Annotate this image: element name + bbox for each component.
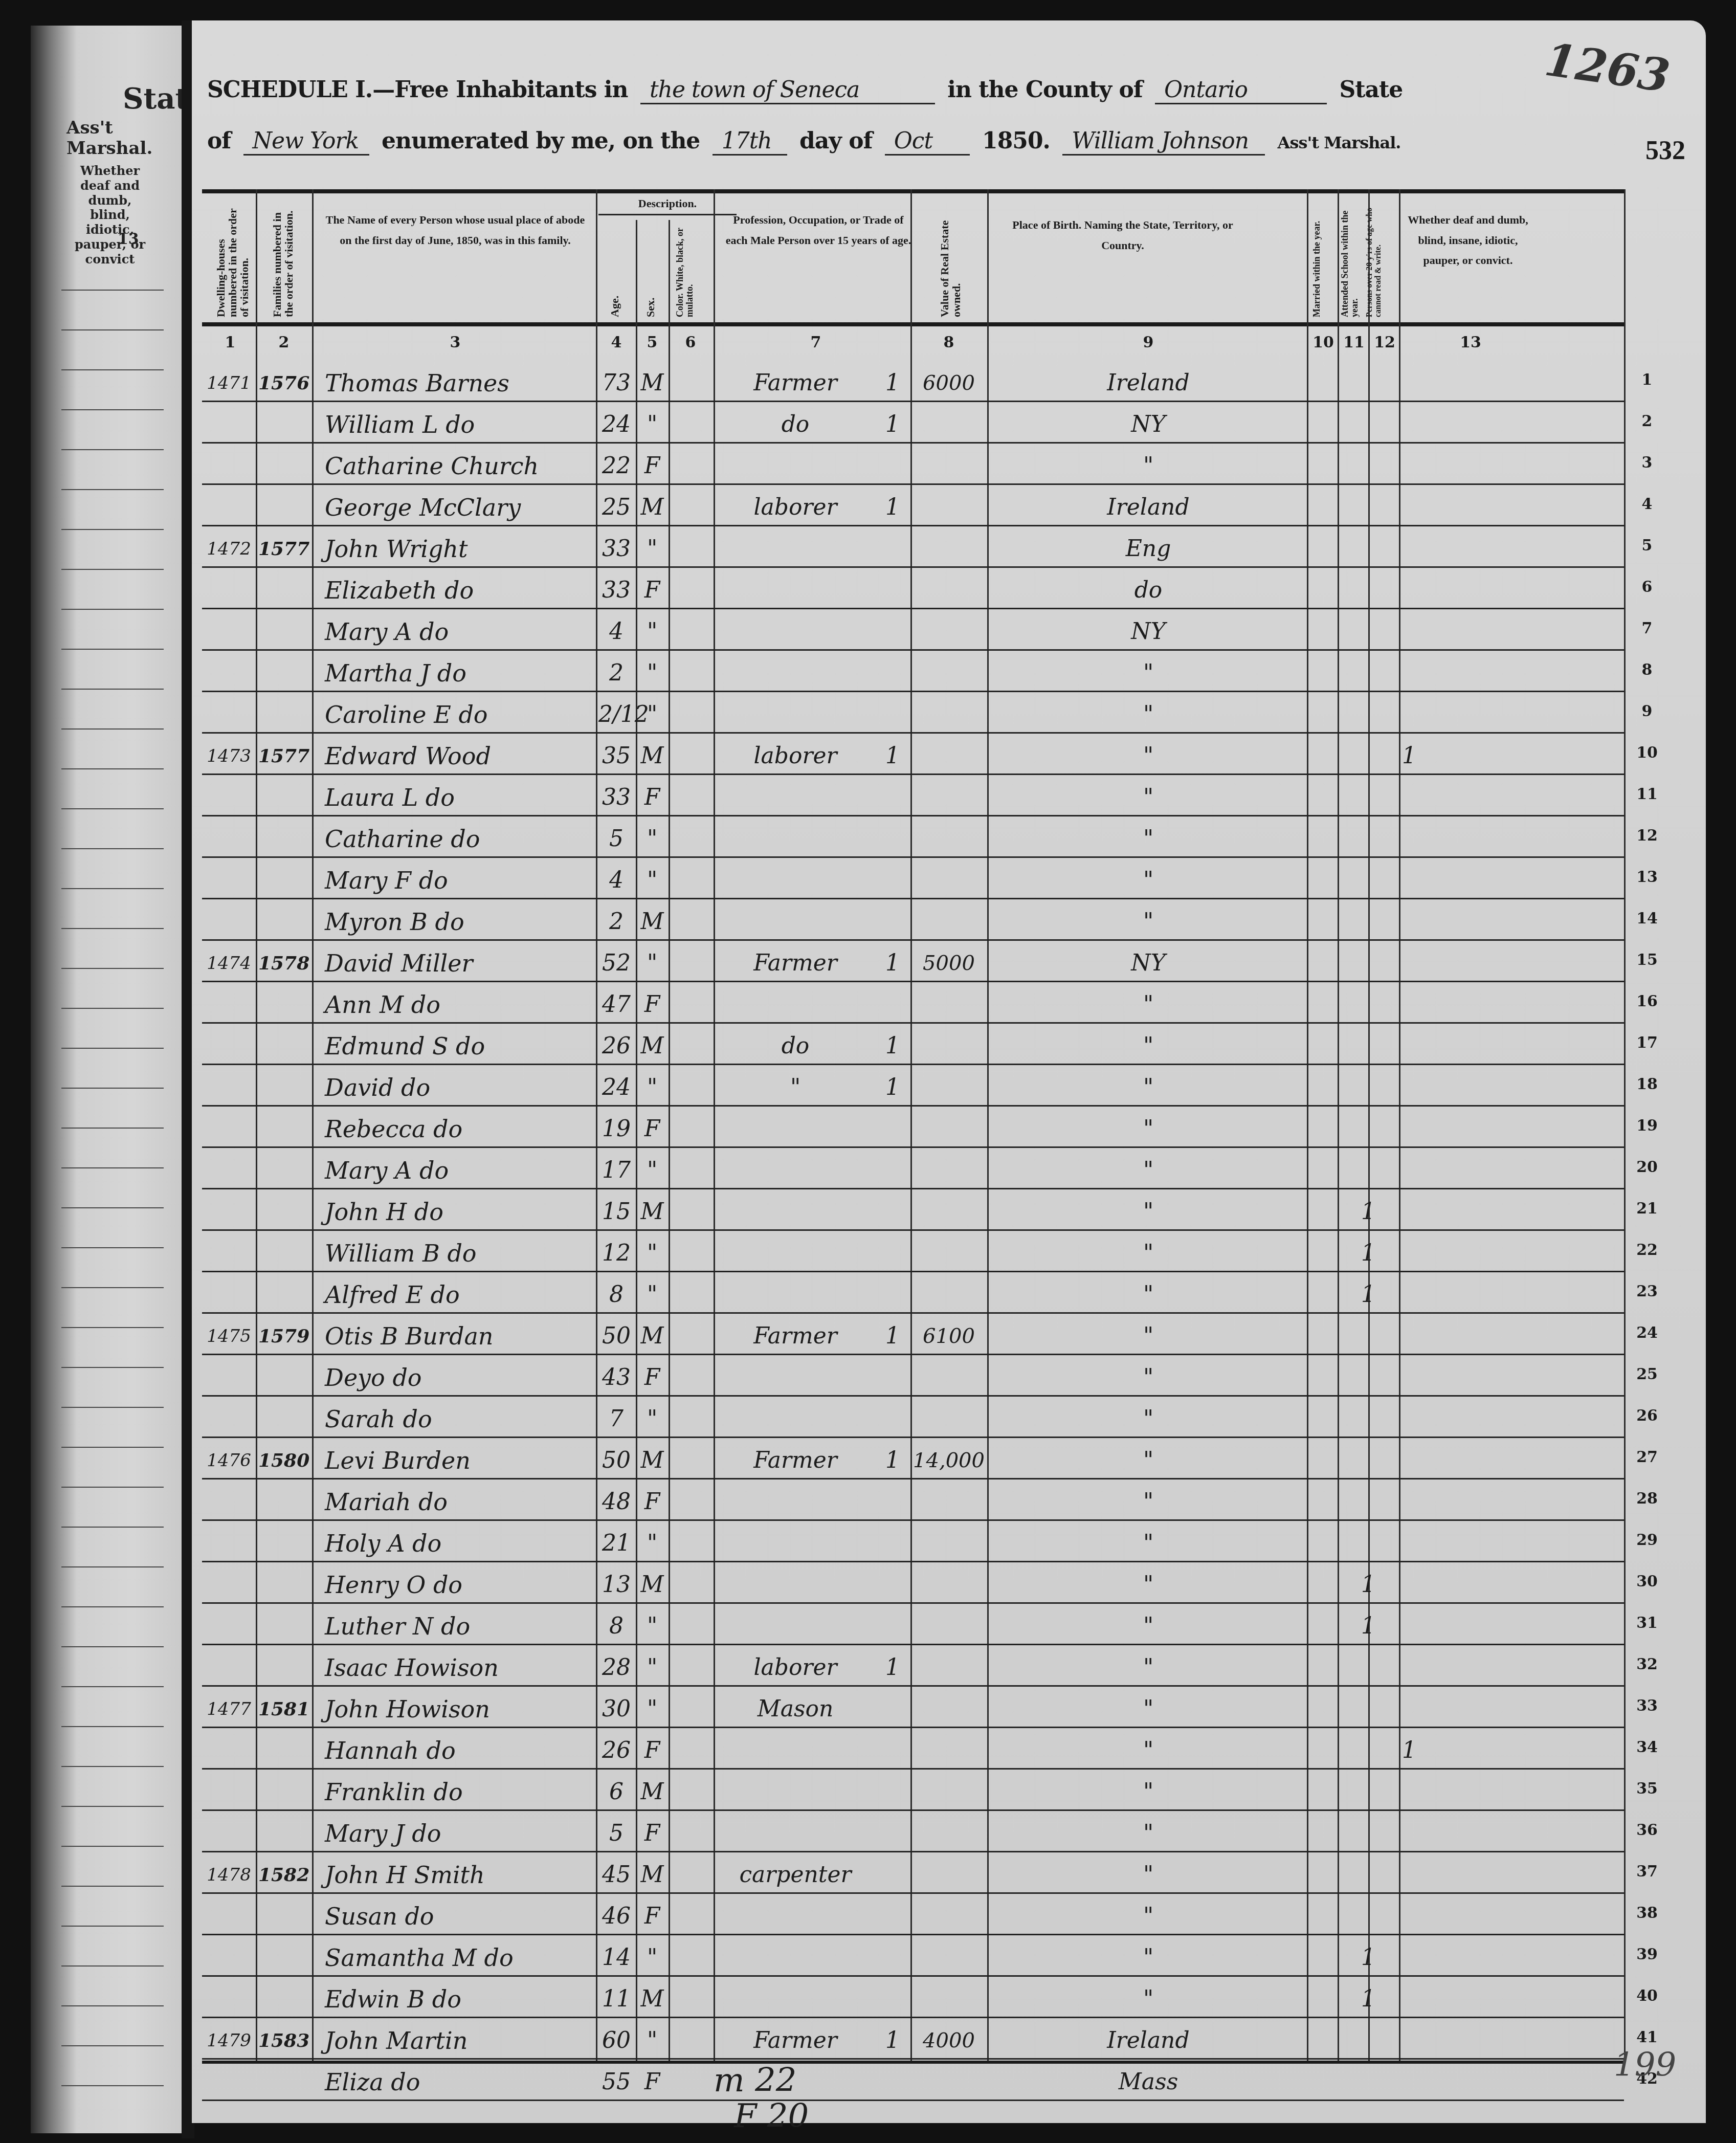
occupation-tally-mark: [882, 1732, 903, 1767]
attended-school-mark: [1348, 1152, 1389, 1187]
occupation: [719, 1815, 872, 1850]
family-number: 1580: [258, 1442, 307, 1477]
person-name: Laura L do: [317, 779, 596, 814]
sex: M: [637, 1442, 667, 1477]
sex: ": [637, 1608, 667, 1643]
schedule-label: SCHEDULE I.—Free Inhabitants in: [207, 77, 628, 103]
occupation-tally-mark: [882, 1857, 903, 1891]
birthplace: ": [990, 1069, 1307, 1104]
birthplace: Eng: [990, 531, 1307, 565]
tally-females: F 20: [734, 2097, 809, 2135]
occupation: [719, 1939, 872, 1974]
occupation-tally-mark: 1: [882, 1442, 903, 1477]
dwelling-number: 1471: [205, 365, 253, 400]
line-number: 29: [1629, 1531, 1665, 1549]
line-number: 12: [1629, 827, 1665, 845]
attended-school-mark: [1348, 986, 1389, 1021]
dwelling-number: 1477: [205, 1691, 253, 1726]
family-number: [258, 1276, 307, 1311]
cannot-read-write-mark: [1389, 1981, 1430, 2016]
occupation-tally-mark: [882, 1152, 903, 1187]
attended-school-mark: [1348, 862, 1389, 897]
cannot-read-write-mark: [1389, 1152, 1430, 1187]
age: 48: [598, 1484, 634, 1518]
sex: M: [637, 1194, 667, 1228]
occupation-tally-mark: [882, 1111, 903, 1145]
col-header-6: Color. White, black, or mulatto.: [675, 225, 711, 317]
line-number: 9: [1629, 702, 1665, 720]
occupation-tally-mark: [882, 986, 903, 1021]
occupation: [719, 1401, 872, 1435]
person-name: Catharine do: [317, 821, 596, 855]
occupation-tally-mark: [882, 1235, 903, 1270]
attended-school-mark: 1: [1348, 1608, 1389, 1643]
family-number: [258, 1152, 307, 1187]
real-estate-value: [913, 821, 985, 855]
line-number: 26: [1629, 1407, 1665, 1425]
real-estate-value: [913, 862, 985, 897]
family-number: 1581: [258, 1691, 307, 1726]
sex: ": [637, 1649, 667, 1684]
person-name: Susan do: [317, 1898, 596, 1933]
line-number: 19: [1629, 1117, 1665, 1135]
table-row: Isaac Howison 28 " laborer 1 " 32: [202, 1645, 1624, 1687]
age: 2/12: [598, 696, 634, 731]
tally-males: m 22: [714, 2062, 796, 2100]
line-number: 22: [1629, 1241, 1665, 1259]
person-name: Edwin B do: [317, 1981, 596, 2016]
table-row: 1476 1580 Levi Burden 50 M Farmer 1 14,0…: [202, 1438, 1624, 1479]
dwelling-number: [205, 696, 253, 731]
person-name: Mary A do: [317, 1152, 596, 1187]
real-estate-value: 14,000: [913, 1442, 985, 1477]
family-number: [258, 655, 307, 690]
age: 13: [598, 1566, 634, 1601]
table-row: Edwin B do 11 M " 1 40: [202, 1977, 1624, 2018]
dwelling-number: [205, 1276, 253, 1311]
dwelling-number: [205, 903, 253, 938]
age: 47: [598, 986, 634, 1021]
dwelling-number: [205, 655, 253, 690]
age: 35: [598, 738, 634, 772]
col-header-8: Value of Real Estate owned.: [939, 205, 969, 317]
real-estate-value: [913, 1276, 985, 1311]
occupation-tally-mark: 1: [882, 1649, 903, 1684]
occupation: do: [719, 1028, 872, 1063]
occupation: [719, 1981, 872, 2016]
birthplace: ": [990, 1359, 1307, 1394]
real-estate-value: [913, 1235, 985, 1270]
col-header-10: Married within the year.: [1312, 200, 1332, 317]
age: 2: [598, 655, 634, 690]
occupation: [719, 821, 872, 855]
occupation: Farmer: [719, 1318, 872, 1353]
attended-school-mark: [1348, 572, 1389, 607]
line-number: 28: [1629, 1490, 1665, 1508]
sex: M: [637, 1566, 667, 1601]
age: 73: [598, 365, 634, 400]
occupation: [719, 1566, 872, 1601]
attended-school-mark: [1348, 696, 1389, 731]
occupation: [719, 986, 872, 1021]
family-number: 1578: [258, 945, 307, 980]
age: 21: [598, 1525, 634, 1560]
table-row: 1473 1577 Edward Wood 35 M laborer 1 " 1…: [202, 734, 1624, 775]
attended-school-mark: [1348, 531, 1389, 565]
cannot-read-write-mark: [1389, 1566, 1430, 1601]
col-header-11: Attended School within the year.: [1340, 200, 1361, 317]
state-label: State: [1339, 77, 1403, 103]
attended-school-mark: [1348, 1028, 1389, 1063]
occupation: [719, 1276, 872, 1311]
attended-school-mark: 1: [1348, 1276, 1389, 1311]
real-estate-value: [913, 1691, 985, 1726]
occupation-tally-mark: [882, 572, 903, 607]
occupation: [719, 1194, 872, 1228]
line-number: 37: [1629, 1863, 1665, 1881]
sex: ": [637, 655, 667, 690]
dwelling-number: [205, 1774, 253, 1808]
occupation-tally-mark: 1: [882, 365, 903, 400]
real-estate-value: [913, 1857, 985, 1891]
real-estate-value: 6100: [913, 1318, 985, 1353]
sex: F: [637, 779, 667, 814]
sex: F: [637, 1732, 667, 1767]
attended-school-mark: [1348, 945, 1389, 980]
age: 33: [598, 572, 634, 607]
table-row: 1478 1582 John H Smith 45 M carpenter " …: [202, 1852, 1624, 1894]
occupation-tally-mark: [882, 2064, 903, 2098]
family-number: [258, 489, 307, 524]
table-row: 1475 1579 Otis B Burdan 50 M Farmer 1 61…: [202, 1314, 1624, 1355]
sex: ": [637, 1401, 667, 1435]
family-number: [258, 779, 307, 814]
birthplace: ": [990, 655, 1307, 690]
table-row: Myron B do 2 M " 14: [202, 899, 1624, 941]
attended-school-mark: [1348, 365, 1389, 400]
occupation-tally-mark: [882, 1981, 903, 2016]
real-estate-value: [913, 1069, 985, 1104]
person-name: Luther N do: [317, 1608, 596, 1643]
table-row: Hannah do 26 F " 1 34: [202, 1728, 1624, 1770]
line-number: 4: [1629, 495, 1665, 513]
dwelling-number: [205, 1815, 253, 1850]
table-row: Laura L do 33 F " 11: [202, 775, 1624, 816]
birthplace: Ireland: [990, 489, 1307, 524]
occupation: laborer: [719, 1649, 872, 1684]
real-estate-value: [913, 531, 985, 565]
dwelling-number: [205, 1069, 253, 1104]
sex: ": [637, 1235, 667, 1270]
col-number-1: 1: [210, 334, 251, 351]
table-row: Luther N do 8 " " 1 31: [202, 1604, 1624, 1645]
person-name: Mary J do: [317, 1815, 596, 1850]
attended-school-mark: [1348, 655, 1389, 690]
dwelling-number: [205, 1111, 253, 1145]
age: 50: [598, 1442, 634, 1477]
birthplace: ": [990, 1815, 1307, 1850]
cannot-read-write-mark: [1389, 903, 1430, 938]
cannot-read-write-mark: [1389, 779, 1430, 814]
table-row: 1471 1576 Thomas Barnes 73 M Farmer 1 60…: [202, 361, 1624, 402]
person-name: John Wright: [317, 531, 596, 565]
real-estate-value: [913, 1028, 985, 1063]
dwelling-number: [205, 448, 253, 482]
family-number: [258, 613, 307, 648]
cannot-read-write-mark: 1: [1389, 738, 1430, 772]
table-row: David do 24 " " 1 " 18: [202, 1065, 1624, 1107]
attended-school-mark: [1348, 1525, 1389, 1560]
person-name: Martha J do: [317, 655, 596, 690]
cannot-read-write-mark: [1389, 1442, 1430, 1477]
line-number: 7: [1629, 620, 1665, 637]
age: 26: [598, 1732, 634, 1767]
line-number: 17: [1629, 1034, 1665, 1052]
attended-school-mark: [1348, 1857, 1389, 1891]
age: 8: [598, 1608, 634, 1643]
occupation: do: [719, 406, 872, 441]
sex: ": [637, 2022, 667, 2057]
occupation-tally-mark: [882, 448, 903, 482]
line-number: 18: [1629, 1075, 1665, 1093]
attended-school-mark: [1348, 406, 1389, 441]
occupation-tally-mark: [882, 862, 903, 897]
occupation: [719, 1111, 872, 1145]
family-number: [258, 2064, 307, 2098]
age: 17: [598, 1152, 634, 1187]
attended-school-mark: [1348, 1649, 1389, 1684]
attended-school-mark: [1348, 1732, 1389, 1767]
person-name: Otis B Burdan: [317, 1318, 596, 1353]
real-estate-value: [913, 1981, 985, 2016]
line-number: 14: [1629, 910, 1665, 927]
age: 52: [598, 945, 634, 980]
attended-school-mark: [1348, 1111, 1389, 1145]
cannot-read-write-mark: [1389, 696, 1430, 731]
cannot-read-write-mark: [1389, 1235, 1430, 1270]
person-name: John H do: [317, 1194, 596, 1228]
person-name: David Miller: [317, 945, 596, 980]
real-estate-value: [913, 1194, 985, 1228]
person-name: Alfred E do: [317, 1276, 596, 1311]
family-number: 1577: [258, 531, 307, 565]
sex: M: [637, 1774, 667, 1808]
real-estate-value: [913, 1649, 985, 1684]
cannot-read-write-mark: [1389, 1359, 1430, 1394]
family-number: [258, 448, 307, 482]
birthplace: ": [990, 1649, 1307, 1684]
header-line-1: SCHEDULE I.—Free Inhabitants in the town…: [207, 77, 1403, 104]
real-estate-value: 6000: [913, 365, 985, 400]
occupation: Mason: [719, 1691, 872, 1726]
dwelling-number: [205, 406, 253, 441]
dwelling-number: [205, 489, 253, 524]
real-estate-value: 4000: [913, 2022, 985, 2057]
birthplace: ": [990, 779, 1307, 814]
occupation-tally-mark: [882, 1608, 903, 1643]
birthplace: ": [990, 1484, 1307, 1518]
age: 33: [598, 779, 634, 814]
cannot-read-write-mark: [1389, 1774, 1430, 1808]
person-name: Henry O do: [317, 1566, 596, 1601]
dwelling-number: 1473: [205, 738, 253, 772]
cannot-read-write-mark: [1389, 2064, 1430, 2098]
birthplace: ": [990, 1235, 1307, 1270]
real-estate-value: [913, 986, 985, 1021]
sex: M: [637, 1028, 667, 1063]
sex: ": [637, 1069, 667, 1104]
cannot-read-write-mark: [1389, 1691, 1430, 1726]
col-header-4: Age.: [609, 251, 624, 317]
attended-school-mark: [1348, 1318, 1389, 1353]
real-estate-value: [913, 696, 985, 731]
family-number: [258, 1028, 307, 1063]
state-field: New York: [243, 128, 369, 156]
occupation-tally-mark: [882, 1939, 903, 1974]
cannot-read-write-mark: [1389, 572, 1430, 607]
sex: F: [637, 1111, 667, 1145]
line-number: 2: [1629, 412, 1665, 430]
cannot-read-write-mark: [1389, 862, 1430, 897]
place-field: the town of Seneca: [640, 77, 935, 104]
sex: F: [637, 448, 667, 482]
table-row: 1474 1578 David Miller 52 " Farmer 1 500…: [202, 941, 1624, 982]
person-name: William B do: [317, 1235, 596, 1270]
col-header-9: Place of Birth. Naming the State, Territ…: [1010, 215, 1235, 255]
real-estate-value: [913, 406, 985, 441]
occupation-tally-mark: [882, 1194, 903, 1228]
cannot-read-write-mark: [1389, 1318, 1430, 1353]
birthplace: Ireland: [990, 365, 1307, 400]
dwelling-number: [205, 572, 253, 607]
person-name: Sarah do: [317, 1401, 596, 1435]
birthplace: ": [990, 1525, 1307, 1560]
sex: ": [637, 1525, 667, 1560]
occupation-tally-mark: [882, 1525, 903, 1560]
family-number: [258, 1981, 307, 2016]
county-label: in the County of: [947, 77, 1142, 103]
age: 12: [598, 1235, 634, 1270]
attended-school-mark: [1348, 1898, 1389, 1933]
sex: ": [637, 945, 667, 980]
table-row: Ann M do 47 F " 16: [202, 982, 1624, 1024]
census-page: SCHEDULE I.—Free Inhabitants in the town…: [192, 20, 1706, 2123]
line-number: 39: [1629, 1946, 1665, 1963]
table-row: Catharine Church 22 F " 3: [202, 444, 1624, 485]
family-number: [258, 1401, 307, 1435]
family-number: 1579: [258, 1318, 307, 1353]
real-estate-value: [913, 1152, 985, 1187]
person-name: Hannah do: [317, 1732, 596, 1767]
line-number: 8: [1629, 661, 1665, 679]
dwelling-number: 1478: [205, 1857, 253, 1891]
birthplace: ": [990, 1981, 1307, 2016]
person-name: Holy A do: [317, 1525, 596, 1560]
real-estate-value: [913, 1111, 985, 1145]
occupation: [719, 1152, 872, 1187]
previous-page-fragment: State Ass't Marshal. Whether deaf and du…: [31, 26, 184, 2133]
occupation: [719, 779, 872, 814]
attended-school-mark: [1348, 1359, 1389, 1394]
birthplace: ": [990, 903, 1307, 938]
real-estate-value: [913, 1815, 985, 1850]
dwelling-number: 1472: [205, 531, 253, 565]
table-row: Rebecca do 19 F " 19: [202, 1107, 1624, 1148]
occupation-tally-mark: 1: [882, 738, 903, 772]
age: 22: [598, 448, 634, 482]
occupation-tally-mark: [882, 1359, 903, 1394]
occupation-tally-mark: 1: [882, 406, 903, 441]
line-number: 41: [1629, 2028, 1665, 2046]
dwelling-number: 1474: [205, 945, 253, 980]
table-row: Caroline E do 2/12 " " 9: [202, 692, 1624, 734]
family-number: [258, 1111, 307, 1145]
month-field: Oct: [885, 128, 970, 156]
dwelling-number: [205, 1359, 253, 1394]
line-number: 24: [1629, 1324, 1665, 1342]
col-number-7: 7: [719, 334, 913, 351]
birthplace: ": [990, 1318, 1307, 1353]
sex: F: [637, 1484, 667, 1518]
birthplace: ": [990, 1732, 1307, 1767]
family-number: 1576: [258, 365, 307, 400]
person-name: Franklin do: [317, 1774, 596, 1808]
family-number: 1577: [258, 738, 307, 772]
sex: F: [637, 2064, 667, 2098]
family-number: [258, 821, 307, 855]
cannot-read-write-mark: [1389, 1815, 1430, 1850]
birthplace: ": [990, 1566, 1307, 1601]
table-row: Eliza do 55 F Mass 42: [202, 2060, 1624, 2101]
person-name: Levi Burden: [317, 1442, 596, 1477]
cannot-read-write-mark: [1389, 448, 1430, 482]
occupation: [719, 1732, 872, 1767]
real-estate-value: [913, 448, 985, 482]
attended-school-mark: [1348, 2064, 1389, 2098]
dwelling-number: [205, 1484, 253, 1518]
sex: M: [637, 1857, 667, 1891]
dwelling-number: 1476: [205, 1442, 253, 1477]
col-header-13: Whether deaf and dumb, blind, insane, id…: [1399, 210, 1537, 271]
family-number: [258, 1566, 307, 1601]
line-number: 15: [1629, 951, 1665, 969]
family-number: [258, 572, 307, 607]
line-number: 1: [1629, 371, 1665, 389]
attended-school-mark: [1348, 903, 1389, 938]
real-estate-value: [913, 572, 985, 607]
birthplace: ": [990, 1028, 1307, 1063]
dwelling-number: [205, 1649, 253, 1684]
dwelling-number: [205, 821, 253, 855]
sex: F: [637, 1359, 667, 1394]
person-name: Elizabeth do: [317, 572, 596, 607]
real-estate-value: [913, 779, 985, 814]
person-name: John H Smith: [317, 1857, 596, 1891]
page-number: 532: [1645, 136, 1685, 166]
cannot-read-write-mark: [1389, 1525, 1430, 1560]
occupation: [719, 613, 872, 648]
person-name: Edmund S do: [317, 1028, 596, 1063]
cannot-read-write-mark: [1389, 1028, 1430, 1063]
person-name: John Martin: [317, 2022, 596, 2057]
birthplace: ": [990, 1774, 1307, 1808]
dwelling-number: [205, 1194, 253, 1228]
birthplace: ": [990, 738, 1307, 772]
col-header-1: Dwelling-houses numbered in the order of…: [215, 205, 246, 317]
header-line-2: of New York enumerated by me, on the 17t…: [207, 128, 1400, 156]
line-number: 27: [1629, 1448, 1665, 1466]
occupation: [719, 696, 872, 731]
